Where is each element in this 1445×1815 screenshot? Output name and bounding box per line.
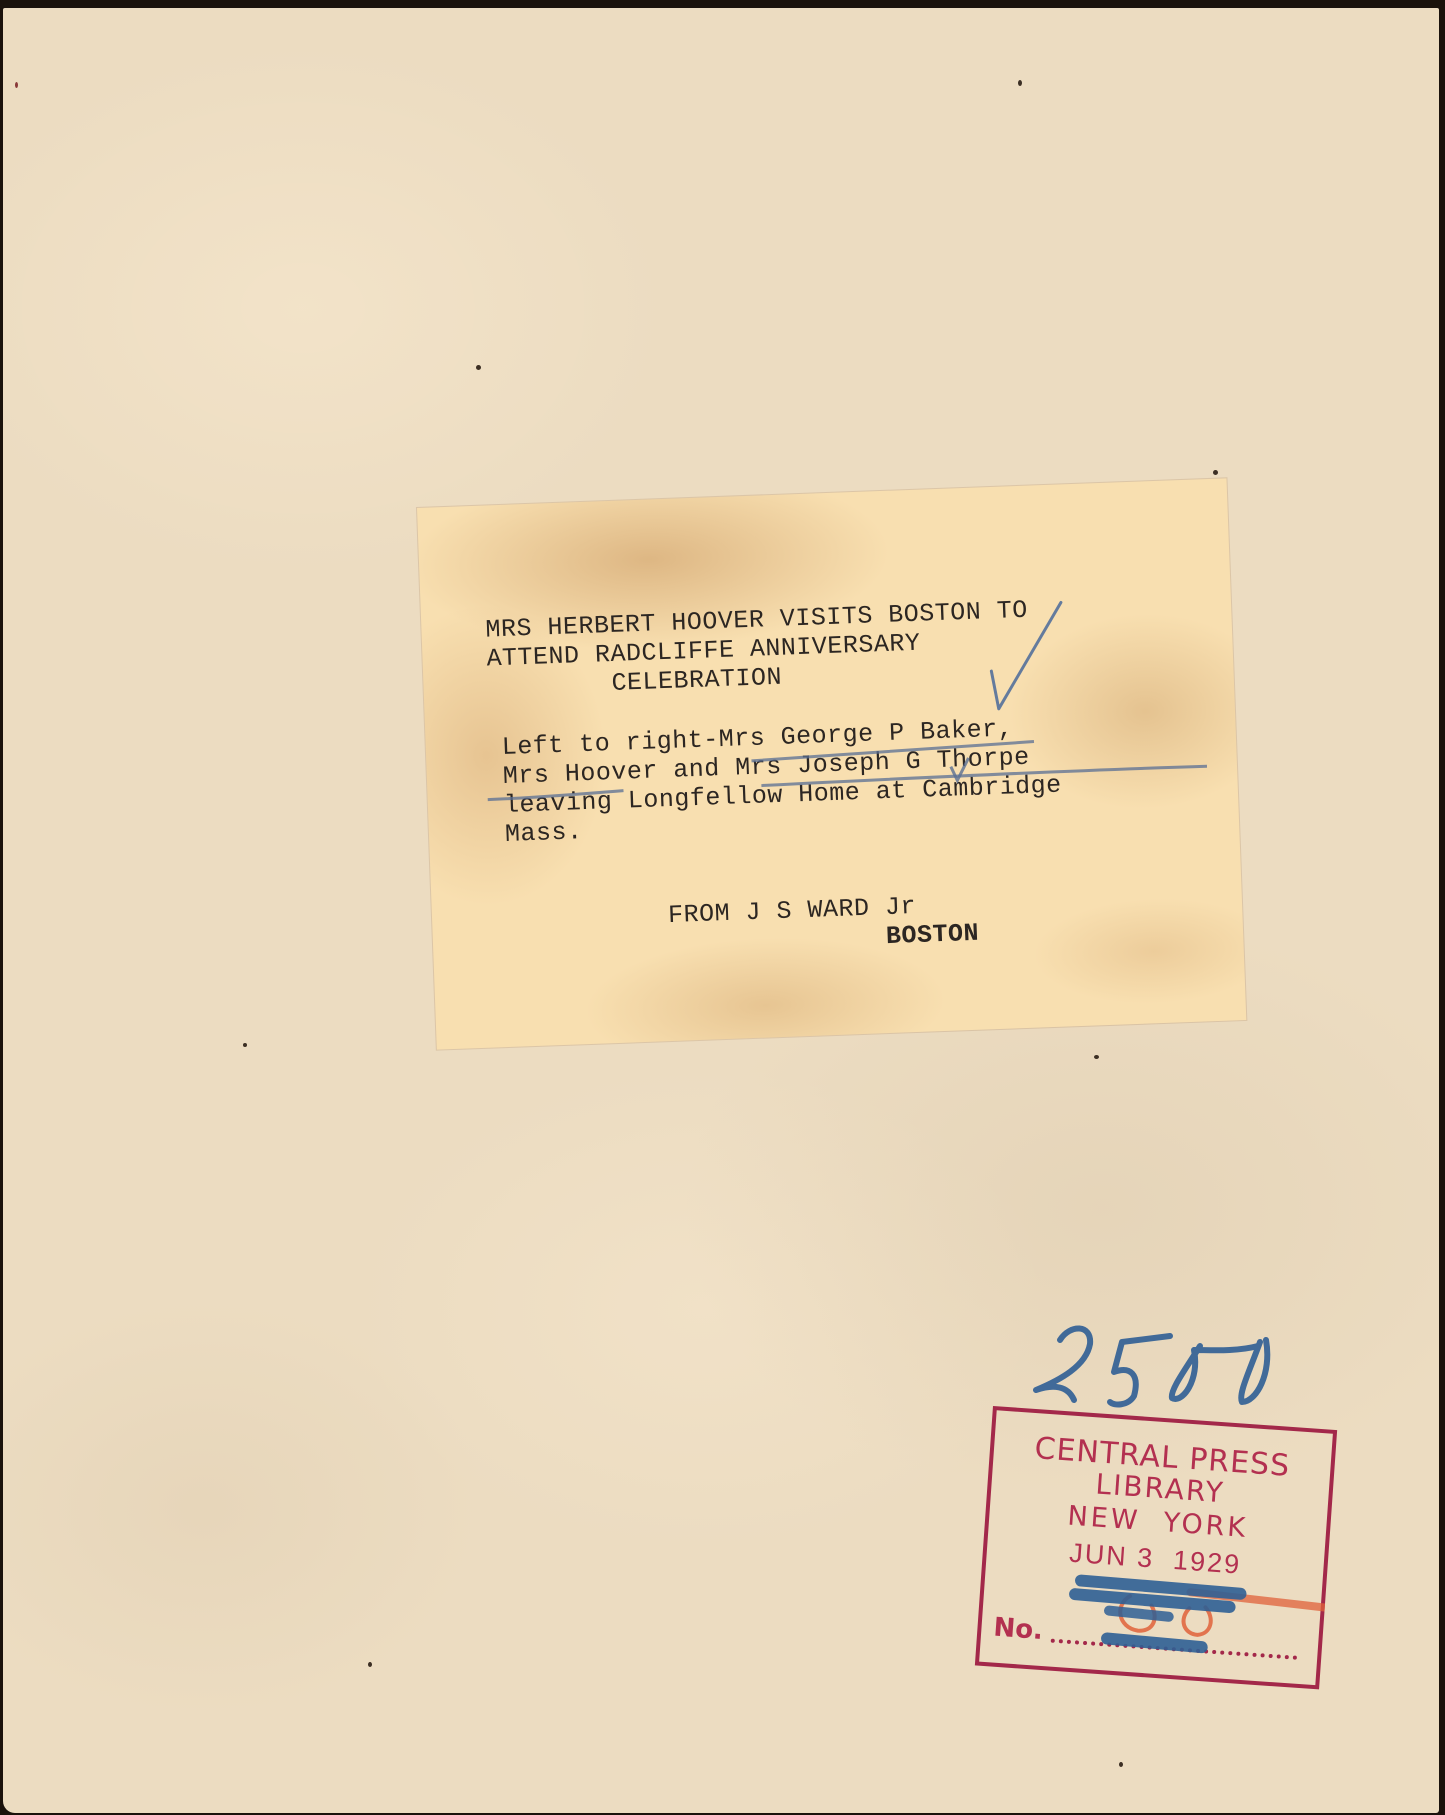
speck	[15, 82, 18, 88]
library-stamp: CENTRAL PRESS LIBRARY NEW YORK JUN 3 192…	[975, 1406, 1337, 1689]
stamp-number-label: No.	[992, 1613, 1043, 1646]
speck	[1094, 1055, 1099, 1059]
speck	[1018, 80, 1022, 86]
speck	[368, 1662, 372, 1667]
speck	[243, 1043, 247, 1047]
stamp-border: CENTRAL PRESS LIBRARY NEW YORK JUN 3 192…	[975, 1406, 1337, 1689]
stamp-number-dotted-line	[1051, 1639, 1298, 1660]
caption-card: MRS HERBERT HOOVER VISITS BOSTON TOATTEN…	[417, 478, 1246, 1049]
headline: MRS HERBERT HOOVER VISITS BOSTON TOATTEN…	[485, 596, 1030, 703]
speck	[1119, 1762, 1123, 1767]
caption-text: Left to right-Mrs George P Baker,Mrs Hoo…	[501, 713, 1063, 849]
photo-credit: FROM J S WARD Jr BOSTON	[668, 890, 980, 959]
speck	[476, 365, 481, 370]
speck	[1213, 470, 1218, 475]
